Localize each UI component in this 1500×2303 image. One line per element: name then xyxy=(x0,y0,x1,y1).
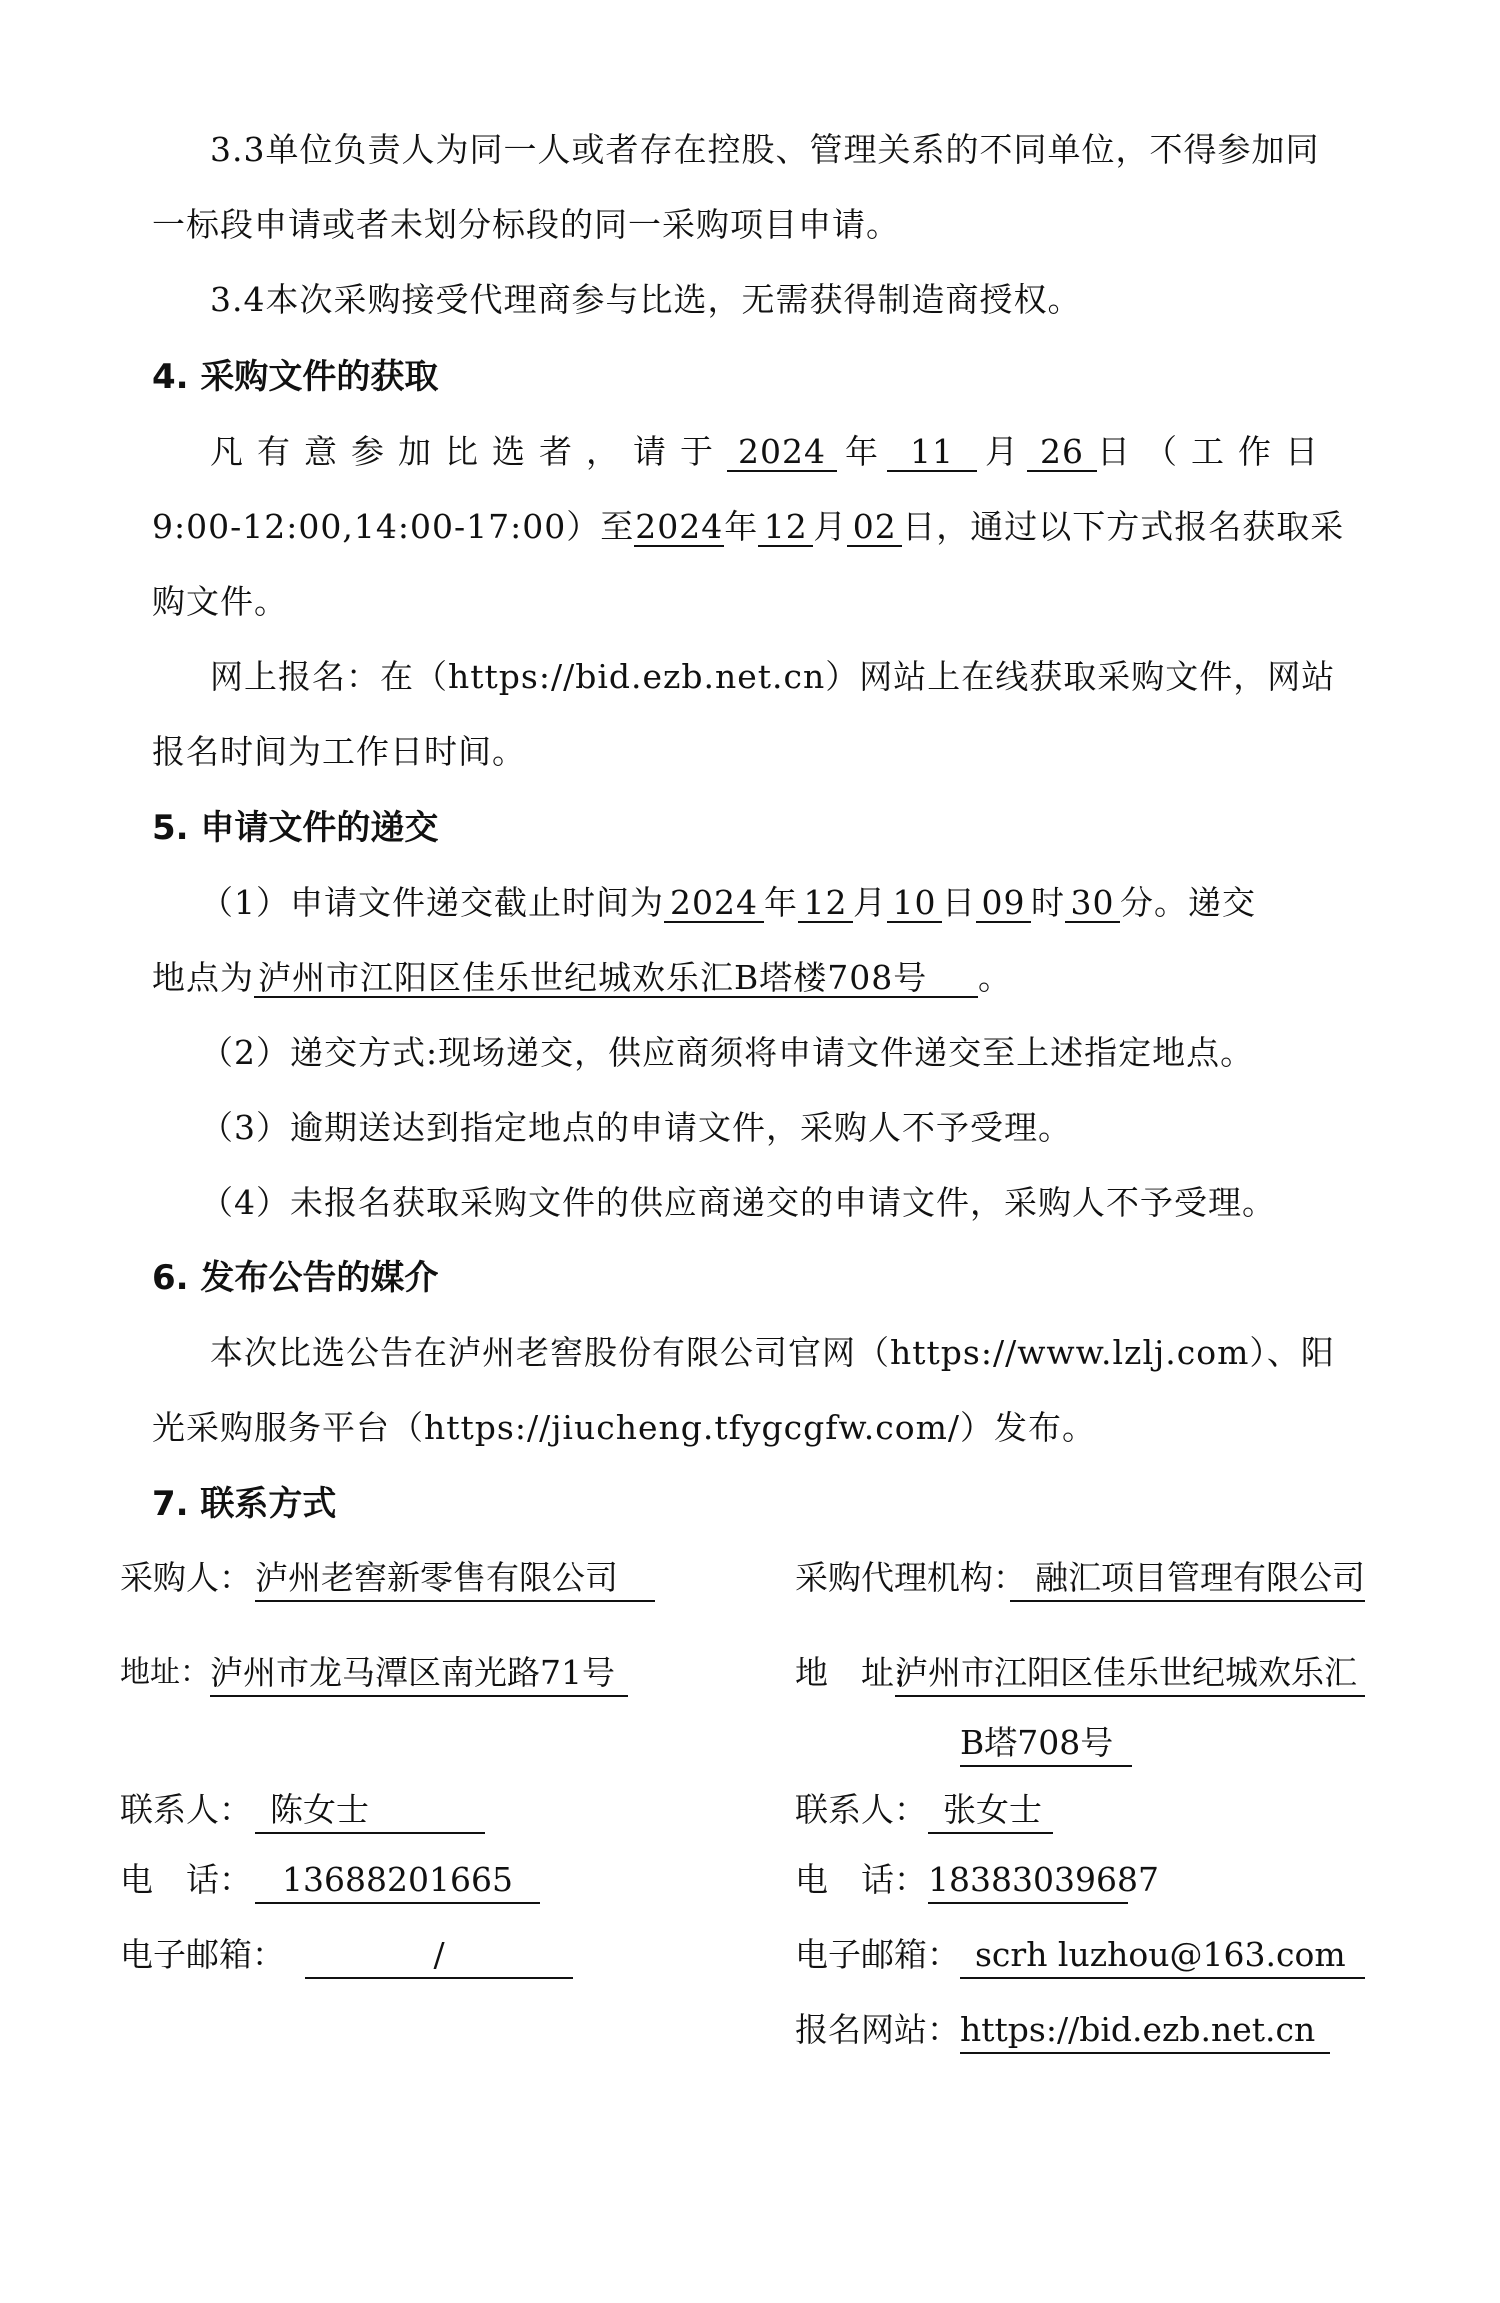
purchaser-address-label: 地址： xyxy=(120,1653,210,1693)
acquisition-period-line3: 购文件。 xyxy=(152,582,288,622)
online-registration-line1: 网上报名：在（https://bid.ezb.net.cn）网站上在线获取采购文… xyxy=(210,657,1335,697)
late-submission-rule: （3）逾期送达到指定地点的申请文件，采购人不予受理。 xyxy=(200,1108,1072,1148)
agency-website-label: 报名网站： xyxy=(795,2010,960,2050)
submission-method: （2）递交方式:现场递交，供应商须将申请文件递交至上述指定地点。 xyxy=(200,1033,1254,1073)
acquisition-intro: 凡有意参加比选者，请于 xyxy=(210,432,727,471)
end-day: 02 xyxy=(847,509,902,547)
purchaser-phone: 13688201665 xyxy=(255,1860,540,1904)
purchaser-email: / xyxy=(305,1935,573,1979)
agency-name: 融汇项目管理有限公司 xyxy=(1010,1558,1365,1602)
purchaser-address: 泸州市龙马潭区南光路71号 xyxy=(210,1653,628,1697)
deadline-year: 2024 xyxy=(664,885,764,923)
month-label: 月 xyxy=(813,507,847,546)
start-year: 2024 xyxy=(727,434,837,472)
purchaser-name-label: 采购人： xyxy=(120,1558,252,1598)
day-label: 日 xyxy=(942,883,976,922)
working-hours: 9:00-12:00,14:00-17:00）至 xyxy=(152,507,634,546)
agency-contact-label: 联系人： xyxy=(795,1790,927,1830)
acquisition-period-line2: 9:00-12:00,14:00-17:00）至2024年12月02日，通过以下… xyxy=(152,507,1344,547)
year-label: 年 xyxy=(724,507,758,546)
purchaser-phone-label: 电 话： xyxy=(120,1860,252,1900)
location-period: 。 xyxy=(978,958,1012,997)
agency-phone: 18383039687 xyxy=(928,1860,1128,1904)
acquisition-period-line1: 凡有意参加比选者，请于2024年11月26日（工作日 xyxy=(210,432,1332,472)
agency-email: scrh luzhou@163.com xyxy=(960,1935,1365,1979)
deadline-hour: 09 xyxy=(976,885,1031,923)
agency-website-link[interactable]: https://bid.ezb.net.cn xyxy=(960,2010,1330,2054)
deadline-month: 12 xyxy=(798,885,853,923)
deadline-minute: 30 xyxy=(1065,885,1120,923)
section-5-heading: 5. 申请文件的递交 xyxy=(152,808,438,848)
agency-address-line2: B塔708号 xyxy=(960,1723,1132,1767)
month-label: 月 xyxy=(985,432,1019,471)
year-label: 年 xyxy=(764,883,798,922)
agency-phone-label: 电 话： xyxy=(795,1860,927,1900)
end-year: 2024 xyxy=(634,509,724,547)
location-label: 地点为 xyxy=(152,958,254,997)
agency-name-label: 采购代理机构： xyxy=(795,1558,1026,1598)
acquisition-method-text: 日，通过以下方式报名获取采 xyxy=(902,507,1344,546)
clause-3-3-line2: 一标段申请或者未划分标段的同一采购项目申请。 xyxy=(152,205,900,245)
agency-address-label: 地 址: xyxy=(795,1653,905,1693)
year-label: 年 xyxy=(845,432,879,471)
deadline-intro: （1）申请文件递交截止时间为 xyxy=(200,883,664,922)
submission-deadline-line1: （1）申请文件递交截止时间为2024年12月10日09时30分。递交 xyxy=(200,883,1256,923)
clause-3-4: 3.4本次采购接受代理商参与比选，无需获得制造商授权。 xyxy=(210,280,1081,320)
month-label: 月 xyxy=(853,883,887,922)
deadline-day: 10 xyxy=(887,885,942,923)
section-6-heading: 6. 发布公告的媒介 xyxy=(152,1258,438,1298)
publication-media-line2: 光采购服务平台（https://jiucheng.tfygcgfw.com/）发… xyxy=(152,1408,1096,1448)
start-month: 11 xyxy=(887,434,977,472)
online-registration-line2: 报名时间为工作日时间。 xyxy=(152,732,526,772)
end-month: 12 xyxy=(758,509,813,547)
purchaser-email-label: 电子邮箱： xyxy=(120,1935,285,1975)
purchaser-contact-person: 陈女士 xyxy=(255,1790,485,1834)
publication-media-line1: 本次比选公告在泸州老窖股份有限公司官网（https://www.lzlj.com… xyxy=(210,1333,1335,1373)
section-7-heading: 7. 联系方式 xyxy=(152,1484,336,1524)
purchaser-contact-label: 联系人： xyxy=(120,1790,252,1830)
agency-email-label: 电子邮箱： xyxy=(795,1935,960,1975)
document-page: 3.3单位负责人为同一人或者存在控股、管理关系的不同单位，不得参加同 一标段申请… xyxy=(0,0,1500,2303)
minute-label: 分。递交 xyxy=(1120,883,1256,922)
submission-location: 泸州市江阳区佳乐世纪城欢乐汇B塔楼708号 xyxy=(254,960,978,998)
clause-3-3-line1: 3.3单位负责人为同一人或者存在控股、管理关系的不同单位，不得参加同 xyxy=(210,130,1319,170)
unregistered-submission-rule: （4）未报名获取采购文件的供应商递交的申请文件，采购人不予受理。 xyxy=(200,1183,1276,1223)
day-label: 日（工作日 xyxy=(1097,432,1332,471)
start-day: 26 xyxy=(1027,434,1097,472)
hour-label: 时 xyxy=(1031,883,1065,922)
agency-contact-person: 张女士 xyxy=(928,1790,1053,1834)
purchaser-name: 泸州老窖新零售有限公司 xyxy=(255,1558,655,1602)
agency-address-line1: 泸州市江阳区佳乐世纪城欢乐汇 xyxy=(895,1653,1365,1697)
submission-location-line: 地点为泸州市江阳区佳乐世纪城欢乐汇B塔楼708号。 xyxy=(152,958,1012,998)
section-4-heading: 4. 采购文件的获取 xyxy=(152,357,438,397)
